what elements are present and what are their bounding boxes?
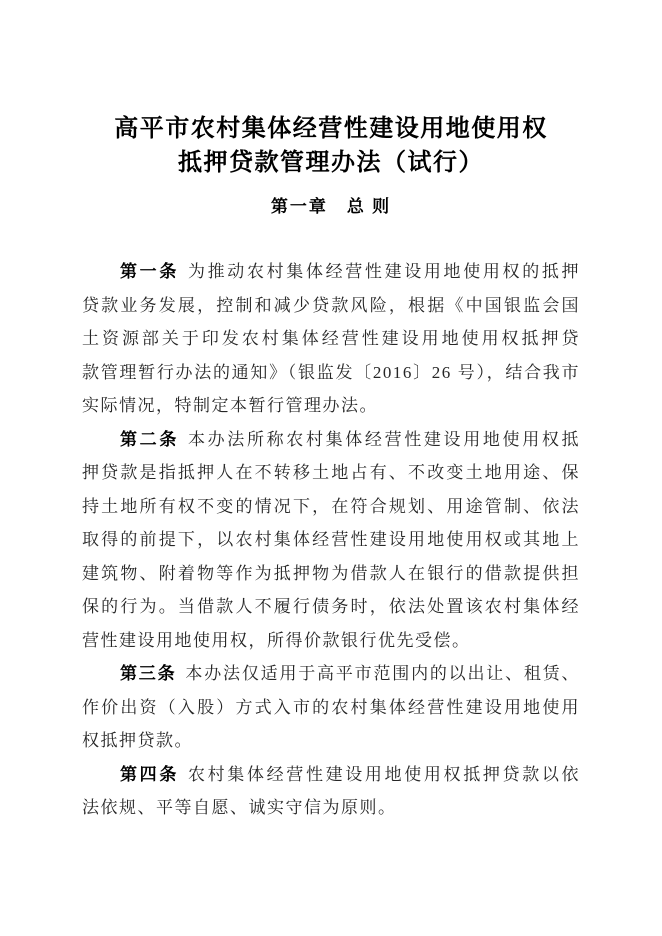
chapter-heading: 第一章 总 则	[82, 195, 580, 219]
document-body: 第一条为推动农村集体经营性建设用地使用权的抵押 贷款业务发展，控制和减少贷款风险…	[82, 255, 580, 825]
article-1-line-2: 贷款业务发展，控制和减少贷款风险，根据《中国银监会国	[82, 289, 580, 323]
article-2-line-3: 持土地所有权不变的情况下，在符合规划、用途管制、依法	[82, 490, 580, 524]
article-4-line-2: 法依规、平等自愿、诚实守信为原则。	[82, 791, 580, 825]
article-3-line-1: 第三条本办法仅适用于高平市范围内的以出让、租赁、	[82, 657, 580, 691]
article-3-text-start: 本办法仅适用于高平市范围内的以出让、租赁、	[185, 664, 580, 683]
article-3-line-2: 作价出资（入股）方式入市的农村集体经营性建设用地使用	[82, 691, 580, 725]
article-3-line-3: 权抵押贷款。	[82, 724, 580, 758]
document-title: 高平市农村集体经营性建设用地使用权 抵押贷款管理办法（试行）	[82, 112, 580, 180]
document-page: 高平市农村集体经营性建设用地使用权 抵押贷款管理办法（试行） 第一章 总 则 第…	[0, 0, 662, 936]
article-2-line-2: 押贷款是指抵押人在不转移土地占有、不改变土地用途、保	[82, 456, 580, 490]
title-line-1: 高平市农村集体经营性建设用地使用权	[82, 112, 580, 146]
article-3: 第三条本办法仅适用于高平市范围内的以出让、租赁、 作价出资（入股）方式入市的农村…	[82, 657, 580, 758]
article-1-label: 第一条	[120, 262, 179, 281]
article-4: 第四条农村集体经营性建设用地使用权抵押贷款以依 法依规、平等自愿、诚实守信为原则…	[82, 758, 580, 825]
article-4-text-start: 农村集体经营性建设用地使用权抵押贷款以依	[188, 765, 580, 784]
article-1-text-start: 为推动农村集体经营性建设用地使用权的抵押	[188, 262, 580, 281]
article-2-line-7: 营性建设用地使用权，所得价款银行优先受偿。	[82, 624, 580, 658]
article-3-label: 第三条	[120, 664, 176, 683]
article-2-line-6: 保的行为。当借款人不履行债务时，依法处置该农村集体经	[82, 590, 580, 624]
article-2-text-start: 本办法所称农村集体经营性建设用地使用权抵	[188, 430, 580, 449]
article-4-line-1: 第四条农村集体经营性建设用地使用权抵押贷款以依	[82, 758, 580, 792]
article-2: 第二条本办法所称农村集体经营性建设用地使用权抵 押贷款是指抵押人在不转移土地占有…	[82, 423, 580, 658]
article-4-label: 第四条	[120, 765, 179, 784]
article-1: 第一条为推动农村集体经营性建设用地使用权的抵押 贷款业务发展，控制和减少贷款风险…	[82, 255, 580, 423]
title-line-2: 抵押贷款管理办法（试行）	[82, 146, 580, 180]
article-1-line-4: 款管理暂行办法的通知》（银监发〔2016〕26 号），结合我市	[82, 356, 580, 390]
article-1-line-5: 实际情况，特制定本暂行管理办法。	[82, 389, 580, 423]
article-1-line-3: 土资源部关于印发农村集体经营性建设用地使用权抵押贷	[82, 322, 580, 356]
article-2-line-1: 第二条本办法所称农村集体经营性建设用地使用权抵	[82, 423, 580, 457]
article-2-line-5: 建筑物、附着物等作为抵押物为借款人在银行的借款提供担	[82, 557, 580, 591]
article-1-line-1: 第一条为推动农村集体经营性建设用地使用权的抵押	[82, 255, 580, 289]
article-2-label: 第二条	[120, 430, 179, 449]
article-2-line-4: 取得的前提下，以农村集体经营性建设用地使用权或其地上	[82, 523, 580, 557]
